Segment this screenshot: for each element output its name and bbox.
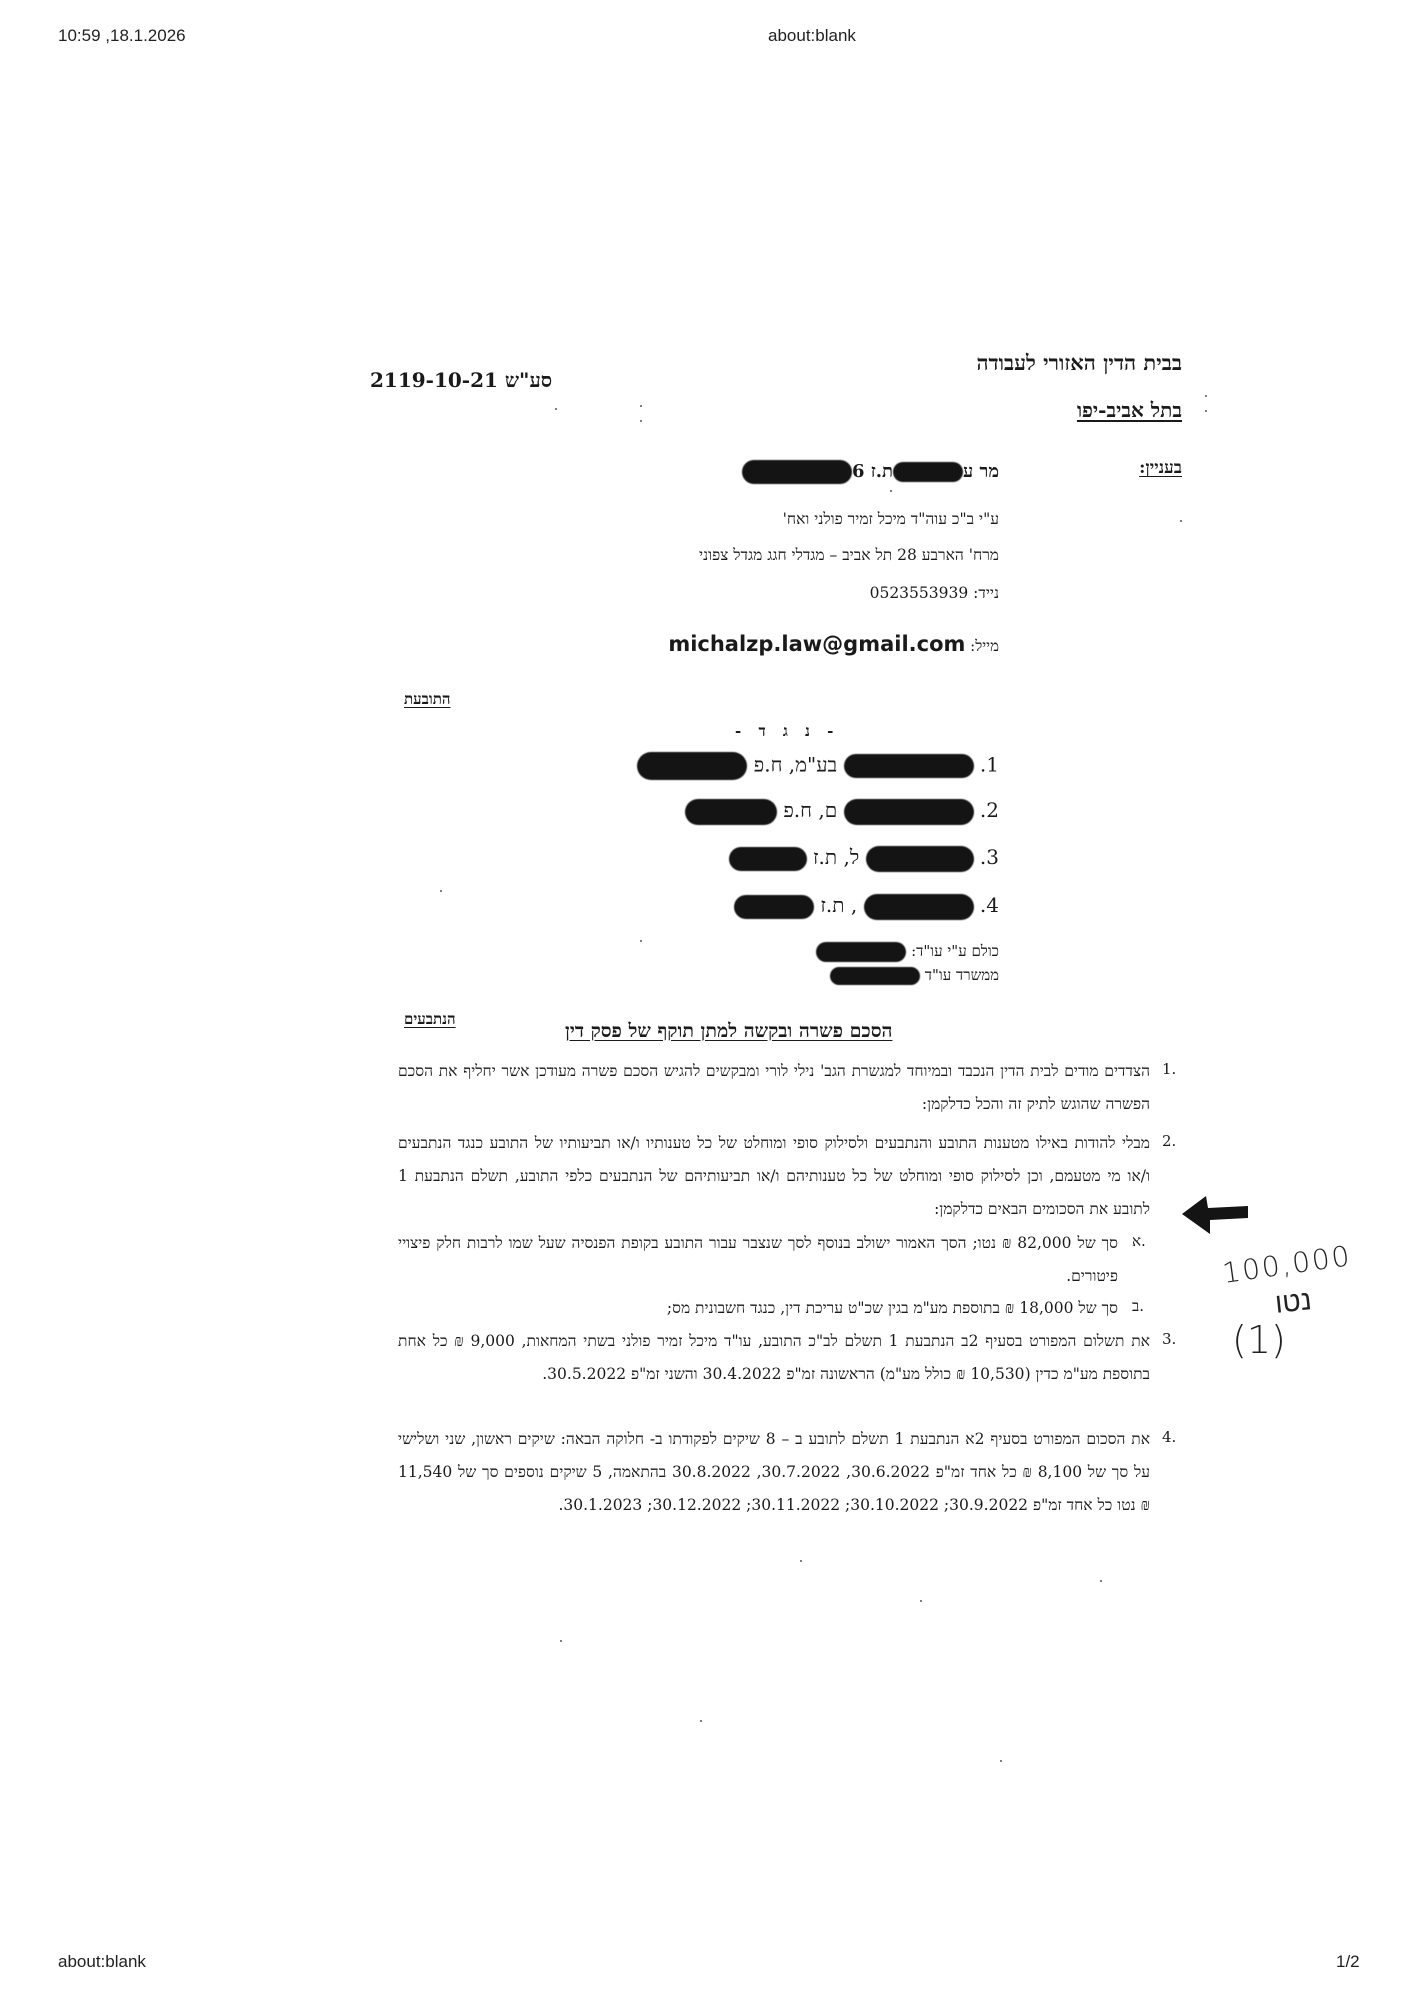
scan-speck: [640, 940, 642, 942]
print-title: about:blank: [768, 26, 856, 46]
defendants-counsel-line1: כולם ע"י עו"ד:: [816, 942, 999, 962]
plaintiff-phone: נייד: 0523553939: [870, 584, 999, 603]
defendant-number: 3.: [980, 845, 999, 869]
clause-3: את תשלום המפורט בסעיף 2ב הנתבעת 1 תשלם ל…: [398, 1325, 1150, 1391]
defendants-role: הנתבעים: [404, 1010, 456, 1029]
clause-number: 2.: [1162, 1132, 1176, 1150]
defendant-2: 2. ם, ח.פ: [685, 798, 999, 825]
court-name: בבית הדין האזורי לעבודה: [976, 350, 1182, 376]
clause-1: הצדדים מודים לבית הדין הנכבד ובמיוחד למג…: [398, 1055, 1150, 1121]
plaintiff-prefix: מר ע: [963, 461, 999, 482]
subclause-letter: ב.: [1132, 1297, 1144, 1316]
email-label: מייל:: [970, 637, 999, 655]
redaction: [864, 894, 974, 920]
defendant-text: , ת.ז: [820, 893, 857, 917]
scan-speck: [1205, 395, 1207, 397]
plaintiff-email-line: מייל: michalzp.law@gmail.com: [668, 632, 999, 656]
clause-4: את הסכום המפורט בסעיף 2א הנתבעת 1 תשלם ל…: [398, 1423, 1150, 1522]
case-number: סע"ש 2119-10-21: [370, 368, 552, 393]
clause-number: 3.: [1162, 1330, 1176, 1348]
arrow-left-icon: [1180, 1192, 1250, 1244]
redaction: [637, 752, 747, 780]
defendant-3: 3. ל, ת.ז: [729, 845, 999, 872]
plaintiff-name-line: מר עת.ז 6: [742, 460, 999, 484]
redaction: [893, 462, 963, 482]
defendant-text: בע"מ, ח.פ: [754, 753, 837, 777]
defendant-text: ל, ת.ז: [813, 845, 859, 869]
in-re-label: בעניין:: [1139, 458, 1182, 478]
scan-speck: [700, 1720, 702, 1722]
scan-speck: [920, 1600, 922, 1602]
scan-speck: [640, 405, 642, 407]
scan-speck: [555, 408, 557, 410]
defendant-number: 2.: [980, 798, 999, 822]
defendants-counsel-line2: ממשרד עו"ד: [830, 966, 999, 985]
plaintiff-role: התובעת: [404, 690, 450, 709]
defendant-1: 1. בע"מ, ח.פ: [637, 752, 999, 780]
plaintiff-counsel: ע"י ב"כ עוה"ד מיכל זמיר פולני ואח': [783, 510, 999, 529]
scan-speck: [1180, 520, 1182, 522]
defendant-4: 4. , ת.ז: [734, 893, 999, 920]
redaction: [729, 847, 807, 871]
plaintiff-email: michalzp.law@gmail.com: [668, 632, 965, 656]
handwritten-mark: (1): [1232, 1318, 1286, 1362]
print-page-number: 1/2: [1336, 1952, 1360, 1972]
counsel-label: כולם ע"י עו"ד:: [911, 942, 999, 960]
subclause-b: סך של 18,000 ₪ בתוספת מע"מ בגין שכ"ט ערי…: [398, 1292, 1118, 1325]
clause-number: 1.: [1162, 1060, 1176, 1078]
handwritten-amount: 100,000: [1220, 1239, 1353, 1290]
court-location: בתל אביב-יפו: [1077, 398, 1182, 423]
scan-speck: [560, 1640, 562, 1642]
redaction: [734, 895, 814, 919]
redaction: [830, 967, 920, 985]
redaction: [844, 754, 974, 778]
scan-speck: [1205, 410, 1207, 412]
scan-speck: [800, 1560, 802, 1562]
defendant-text: ם, ח.פ: [783, 798, 837, 822]
defendant-number: 1.: [980, 753, 999, 777]
scan-speck: [440, 890, 442, 892]
subclause-letter: א.: [1132, 1232, 1146, 1251]
subclause-a: סך של 82,000 ₪ נטו; הסך האמור ישולב בנוס…: [398, 1227, 1118, 1293]
scan-speck: [890, 490, 892, 492]
print-datetime: 10:59 ,18.1.2026: [58, 26, 186, 46]
redaction: [816, 942, 906, 962]
scan-speck: [1100, 1580, 1102, 1582]
redaction: [742, 460, 852, 484]
scan-speck: [1000, 1760, 1002, 1762]
redaction: [866, 846, 974, 872]
versus: - נ ג ד -: [735, 722, 839, 741]
plaintiff-address: מרח' הארבע 28 תל אביב – מגדלי חגג מגדל צ…: [699, 546, 999, 565]
redaction: [685, 799, 777, 825]
scan-speck: [640, 420, 642, 422]
clause-number: 4.: [1162, 1428, 1176, 1446]
print-footer-url: about:blank: [58, 1952, 146, 1972]
counsel-office: ממשרד עו"ד: [925, 966, 999, 984]
handwritten-word: נטו: [1273, 1283, 1313, 1320]
agreement-title: הסכם פשרה ובקשה למתן תוקף של פסק דין: [565, 1020, 892, 1043]
defendant-number: 4.: [980, 893, 999, 917]
redaction: [844, 799, 974, 825]
clause-2: מבלי להודות באילו מטענות התובע והנתבעים …: [398, 1127, 1150, 1226]
plaintiff-id: ת.ז 6: [852, 461, 893, 482]
